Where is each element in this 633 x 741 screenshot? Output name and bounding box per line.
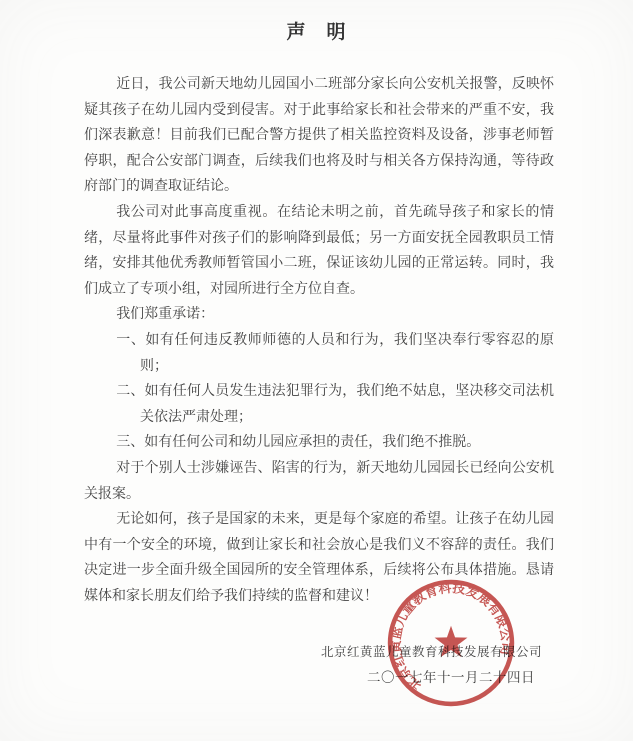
- paragraph-closing: 无论如何，孩子是国家的未来，更是每个家庭的希望。让孩子在幼儿园中有一个安全的环境…: [84, 507, 554, 609]
- promise-item-2: 二、如有任何人员发生违法犯罪行为，我们绝不姑息，坚决移交司法机关依法严肃处理；: [84, 379, 554, 430]
- company-name: 北京红黄蓝儿童教育科技发展有限公司: [0, 639, 633, 665]
- promise-item-1: 一、如有任何违反教师师德的人员和行为，我们坚决奉行零容忍的原则；: [84, 328, 554, 379]
- document-body: 近日，我公司新天地幼儿园国小二班部分家长向公安机关报警，反映怀疑其孩子在幼儿园内…: [84, 72, 554, 609]
- promise-item-3: 三、如有任何公司和幼儿园应承担的责任，我们绝不推脱。: [84, 430, 554, 456]
- paragraph-intro: 近日，我公司新天地幼儿园国小二班部分家长向公安机关报警，反映怀疑其孩子在幼儿园内…: [84, 72, 554, 200]
- paragraph-report: 对于个别人士涉嫌诬告、陷害的行为，新天地幼儿园园长已经向公安机关报案。: [84, 456, 554, 507]
- paragraph-promise-lead: 我们郑重承诺：: [84, 302, 554, 328]
- statement-date: 二〇一七年十一月二十四日: [0, 665, 633, 691]
- signature-block: 北京红黄蓝儿童教育科技发展有限公司 二〇一七年十一月二十四日: [0, 639, 633, 691]
- paragraph-measures: 我公司对此事高度重视。在结论未明之前，首先疏导孩子和家长的情绪，尽量将此事件对孩…: [84, 200, 554, 302]
- statement-document: 声 明 近日，我公司新天地幼儿园国小二班部分家长向公安机关报警，反映怀疑其孩子在…: [0, 0, 633, 741]
- document-title: 声 明: [0, 0, 633, 46]
